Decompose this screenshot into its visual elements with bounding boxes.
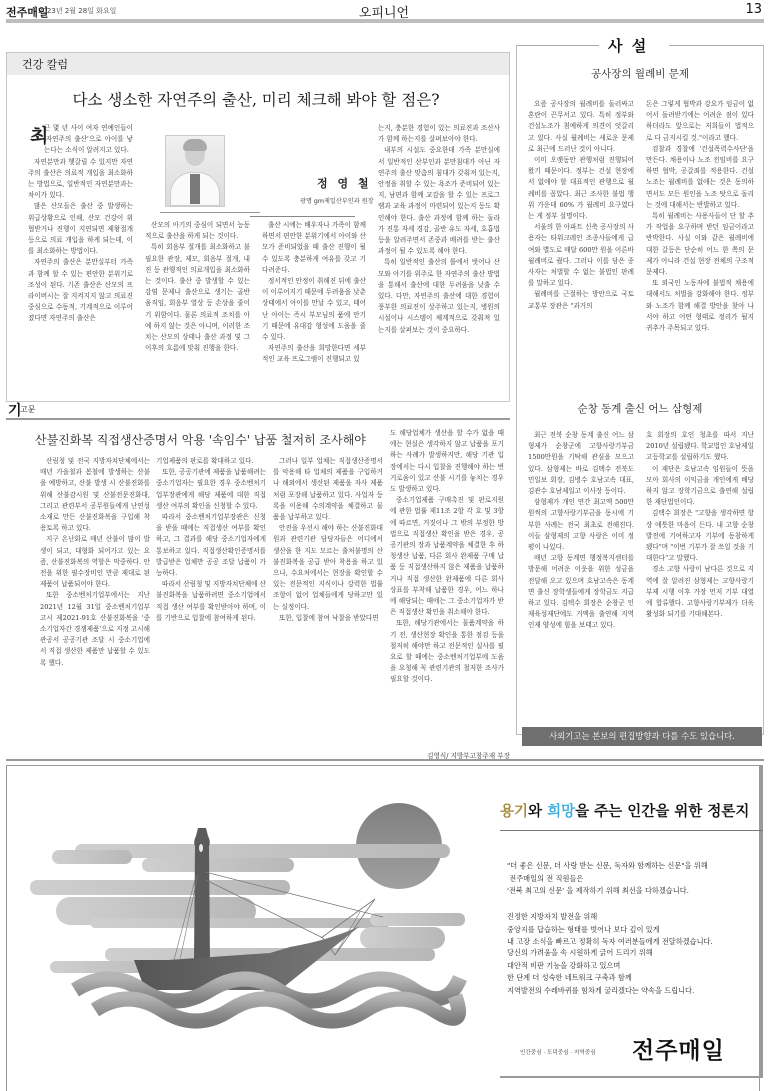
paragraph: 산림청 및 전국 지방자치단체에서는 매년 가을철과 봄철에 발생하는 산불을 … xyxy=(40,456,150,534)
contribution-col4: 도 해당업체가 생산을 할 수가 없을 때에는 현실은 생각하지 않고 납품을 … xyxy=(390,428,504,686)
photo-rule xyxy=(160,212,260,213)
author-rule xyxy=(250,216,355,217)
paragraph: 따라서 산림청 및 지방자치단체에 산불진화복을 납품하려면 중소기업에서 직접… xyxy=(156,579,266,624)
motto-line: 대안적 비판 기능을 강화하고 있으며 xyxy=(507,960,757,973)
author-name: 정 영 철 xyxy=(317,175,372,191)
paragraph: 지구 온난화로 매년 산불이 많이 발생이 되고, 대형화 되어가고 있는 요즘… xyxy=(40,534,150,590)
header-rule xyxy=(6,19,764,23)
paragraph: 출산 시에는 배우자나 가족이 함께 하면서 편안한 분위기에서 아이와 산모가… xyxy=(262,220,366,276)
paragraph: 경소 고향 사랑이 남다른 것으로 지역에 잘 알려진 삼형제는 고향사랑기부제… xyxy=(646,564,754,620)
contribution-col2: 기업제품의 판로를 확대하고 있다. 또한, 공공기관에 제품을 납품해려는 중… xyxy=(156,456,266,624)
motto-line: '전북 최고의 신문' 을 제작하기 위해 최선을 다하겠습니다. xyxy=(507,885,757,898)
paragraph: 자연주의 출산을 희망한다면 세부적인 교육 프로그램이 진행되고 있 xyxy=(262,343,366,365)
motto-line: 진정한 지방자치 발전을 위해 xyxy=(507,911,757,924)
editorial-1-title: 공사장의 월례비 문제 xyxy=(516,66,764,81)
editorial-2-title: 순창 동계 출신 어느 삼형제 xyxy=(516,401,764,416)
motto-paragraph-2: 진정한 지방자치 발전을 위해 중앙지를 답습하는 형태를 벗어나 보다 깊이 … xyxy=(507,911,757,949)
contribution-col1: 산림청 및 전국 지방자치단체에서는 매년 가을철과 봄철에 발생하는 산불을 … xyxy=(40,456,150,669)
editorial-1-col1: 요즘 공사장의 월례비를 둘러싸고 혼란이 끈무서고 있다. 특히 정부와 건설… xyxy=(528,99,634,312)
paragraph: 근 몇 년 사이 여자 연예인들이 '자연주의 출산'으로 아이를 낳는다는 소… xyxy=(28,123,133,157)
paragraph: 특히 월례비는 사용사들이 단 할 추가 작업을 요구하며 받던 임금이라고 반… xyxy=(646,211,754,278)
health-text-col2: 산모의 아기의 중심이 되면서 능동적으로 출산을 하게 되는 것이다. 특히 … xyxy=(145,220,250,354)
paragraph: 김택수 회장은 "고향을 생각하면 항상 애틋한 마음이 든다. 내 고향 순창… xyxy=(646,508,754,564)
newspaper-slogan: 인간중심 · 도덕중심 · 지역중심 xyxy=(520,1048,596,1056)
motto-paragraph-1: "더 좋은 신문, 더 사랑 받는 신문, 독자와 함께하는 신문"을 위해 전… xyxy=(507,860,757,898)
paragraph: 많은 산모들은 출산 중 발생하는 위급상황으로 인해, 산모 건강이 위협받거… xyxy=(28,201,133,257)
paragraph: 그러나 일부 업체는 직접생산증명서를 악용해 타 업체의 제품을 구입하거나 … xyxy=(273,456,383,523)
paragraph: 따라서 중소벤처기업부장관은 신청을 받을 때에는 직접생산 여부를 확인하고,… xyxy=(156,512,266,579)
editorial-2-col2: 호 회장의 호인 청초를 따서 지난 2010년 설립됐다. 학교법인 호남제일… xyxy=(646,430,754,620)
paragraph: 는지, 충분한 경험이 있는 의료진과 조산사가 함께 하는지를 살펴보아야 한… xyxy=(378,123,500,145)
paragraph: 또한, 입찰에 참여 낙찰을 받았다면 xyxy=(273,613,383,624)
paragraph: 기업제품의 판로를 확대하고 있다. xyxy=(156,456,266,467)
sailboat-illustration xyxy=(30,800,500,1070)
motto-rule xyxy=(500,830,763,831)
motto-title-courage: 용기 xyxy=(500,804,528,820)
editorial-heading: 사 설 xyxy=(608,35,648,56)
motto-box-shadow-bottom xyxy=(500,1076,763,1078)
motto-line: "더 좋은 신문, 더 사랑 받는 신문, 독자와 함께하는 신문"을 위해 xyxy=(507,860,757,873)
page-number: 13 xyxy=(745,2,762,17)
paragraph: 요즘 공사장의 월례비를 둘러싸고 혼란이 끈무서고 있다. 특히 정부와 건설… xyxy=(528,99,634,155)
motto-line: 전주매일의 전 직원들은 xyxy=(507,873,757,886)
motto-title-connector: 와 xyxy=(528,804,547,820)
health-column-title: 다소 생소한 자연주의 출산, 미리 체크해 봐야 할 점은? xyxy=(6,88,506,110)
editorial-2-col1: 최근 전북 순창 동계 출신 어느 삼형제가 순창군에 고향사랑기부금 1500… xyxy=(528,430,634,632)
paragraph: 또 외국인 노동자에 불법적 채용에 대해서도 처벌을 강화해야 한다. 정부와… xyxy=(646,278,754,334)
paragraph: 최근 전북 순창 동계 출신 어느 삼형제가 순창군에 고향사랑기부금 1500… xyxy=(528,430,634,497)
health-text-col3: 출산 시에는 배우자나 가족이 함께 하면서 편안한 분위기에서 아이와 산모가… xyxy=(262,220,366,366)
motto-paragraph-3: 당신의 가려움을 속 시원하게 긁어 드리기 위해 대안적 비판 기능을 강화하… xyxy=(507,947,757,997)
paragraph: 자연분만과 헷갈릴 수 있지만 자연주의 출산은 의료적 개입을 최소화하는 방… xyxy=(28,157,133,202)
author-photo-shirt xyxy=(190,174,200,204)
author-role: 광명 gm제일산부인과 원장 xyxy=(300,196,374,205)
motto-line: 중앙지를 답습하는 형태를 벗어나 보다 깊이 있게 xyxy=(507,924,757,937)
health-column-label: 건강 칼럼 xyxy=(22,56,68,72)
waves xyxy=(75,978,460,1021)
motto-box-shadow-right xyxy=(760,765,763,1077)
paragraph: 또한 중소벤처기업부에서는 지난 2021년 12월 31일 중소벤처기업부 고… xyxy=(40,590,150,668)
paragraph: 돈은 그렇게 협박과 강요가 임금이 없어서 돌려받기에는 어려운 점이 있다 … xyxy=(646,99,754,144)
paragraph: 도 해당업체가 생산을 할 수가 없을 때에는 현실은 생각하지 않고 납품을 … xyxy=(390,428,504,495)
paragraph: 특히 회음부 절개를 최소화하고 불필요한 관장, 제모, 회음부 절개, 내진… xyxy=(145,242,250,354)
author-photo-hair xyxy=(183,139,207,151)
contribution-col3: 그러나 일부 업체는 직접생산증명서를 악용해 타 업체의 제품을 구입하거나 … xyxy=(273,456,383,624)
contribution-label-small: 고문 xyxy=(20,404,35,415)
paragraph: 또한, 해당기관에서는 물품계약을 하기 전, 생산현장 확인을 통한 점검 등… xyxy=(390,618,504,685)
paragraph: 호 회장의 호인 청초를 따서 지난 2010년 설립됐다. 학교법인 호남제일… xyxy=(646,430,754,464)
motto-line: 한 단계 더 성숙한 네트워크 구축과 함께 xyxy=(507,972,757,985)
section-divider xyxy=(6,759,764,761)
paragraph: 검찰과 경찰에 '건설폭력수사단'을 만든다. 채용이나 노조 전임비를 요구하… xyxy=(646,144,754,211)
paragraph: 정서적인 안정이 취해진 뒤에 출산이 이루어지기 때문에 두려움을 낮춘 상태… xyxy=(262,276,366,343)
motto-line: 당신의 가려움을 속 시원하게 긁어 드리기 위해 xyxy=(507,947,757,960)
health-column-bar xyxy=(7,53,509,75)
paragraph: 자연주의 출산은 분만실부터 가족과 함께 할 수 있는 편안한 분위기로 조성… xyxy=(28,257,133,324)
paragraph: 삼형제가 개인 연간 최고액 500만원씩의 고향사랑기부금을 동시에 기부한 … xyxy=(528,497,634,553)
paragraph: 내부의 시설도 중요한데 가족 분만실에서 일반적인 산부인과 분만침대가 아닌… xyxy=(378,145,500,257)
contribution-rule xyxy=(6,418,510,420)
motto-title-hope: 희망 xyxy=(547,804,575,820)
newspaper-logo: 전주매일 xyxy=(632,1032,725,1065)
paragraph: 중소기업제품 구매촉진 및 판로지원에 관한 법률 제11조 2항 각 호 및 … xyxy=(390,495,504,618)
editorial-rule-left xyxy=(517,45,599,46)
paragraph: 월례비를 근절하는 방안으로 국토교통부 장관은 "과거의 xyxy=(528,289,634,311)
contribution-title: 산불진화복 직접생산증명서 악용 '속임수' 납품 철저히 조사해야 xyxy=(35,431,366,448)
motto-line: 지역발전의 수레바퀴를 힘차게 굴리겠다는 약속을 드립니다. xyxy=(507,985,757,998)
motto-title: 용기와 희망을 주는 인간을 위한 정론지 xyxy=(500,800,749,821)
paragraph: 특히 일반적인 출산의 틀에서 벗어나 산모와 아기를 위주로 한 자연주의 출… xyxy=(378,257,500,335)
editorial-rule-right xyxy=(669,45,764,46)
health-text-col1: 근 몇 년 사이 여자 연예인들이 '자연주의 출산'으로 아이를 낳는다는 소… xyxy=(28,123,133,325)
paragraph: 안전을 우선시 해야 하는 산불진화대원과 관련기관 담당자들은 어디에서 생산… xyxy=(273,523,383,613)
paragraph: 이 재단은 호남고속 임원들이 뜻을 모아 회사의 이익금을 개인에게 배당하지… xyxy=(646,464,754,509)
paragraph: 산모의 아기의 중심이 되면서 능동적으로 출산을 하게 되는 것이다. xyxy=(145,220,250,242)
editorial-1-col2: 돈은 그렇게 협박과 강요가 임금이 없어서 돌려받기에는 어려운 점이 있다 … xyxy=(646,99,754,334)
header-date: 2023년 2월 28일 화요일 xyxy=(38,6,116,16)
paragraph: 서울의 한 아파트 신축 공사장의 사용자는 타워크레인 조종사들에게 급여와 … xyxy=(528,222,634,289)
motto-title-rest: 을 주는 인간을 위한 정론지 xyxy=(575,804,749,820)
paragraph: 이미 오랫동안 관행처럼 진행되어 왔기 때문이다. 정부는 건설 현장에서 없… xyxy=(528,155,634,222)
paragraph: 또한, 공공기관에 제품을 납품해려는 중소기업자는 필요한 경우 중소벤처기업… xyxy=(156,467,266,512)
paragraph: 매년 고향 동계면 행정복지센터를 방문해 어려운 이웃을 위한 성금을 전달해… xyxy=(528,553,634,631)
health-text-col4: 는지, 충분한 경험이 있는 의료진과 조산사가 함께 하는지를 살펴보아야 한… xyxy=(378,123,500,336)
disclaimer-banner: 사외기고는 본보의 편집방향과 다를 수도 있습니다. xyxy=(522,727,762,746)
